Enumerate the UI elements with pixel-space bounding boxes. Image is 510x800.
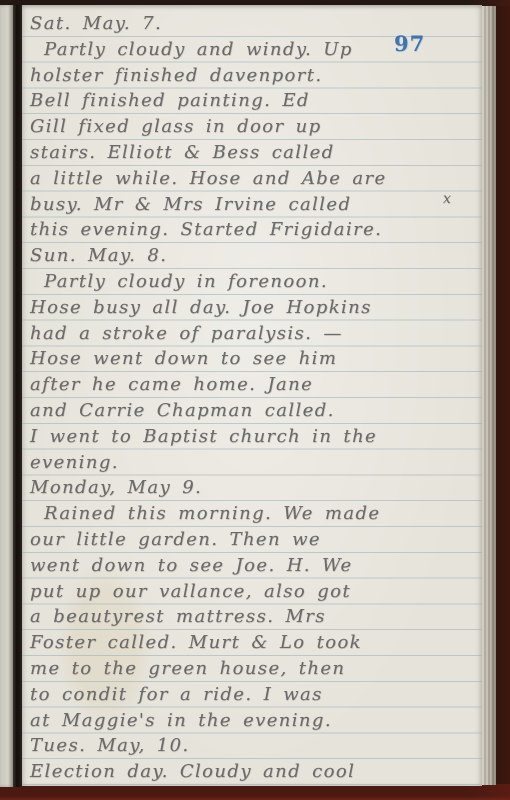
diary-line: Partly cloudy in forenoon. (30, 269, 478, 295)
diary-line: stairs. Elliott & Bess called (30, 140, 478, 166)
diary-line: Gill fixed glass in door up (30, 114, 478, 140)
diary-line: Bell finished painting. Ed (30, 88, 478, 114)
diary-line: Hose busy all day. Joe Hopkins (30, 295, 478, 321)
diary-line: had a stroke of paralysis. — (30, 321, 478, 347)
diary-line: went down to see Joe. H. We (30, 553, 478, 579)
diary-line: after he came home. Jane (30, 372, 478, 398)
diary-page: Sat. May. 7.Partly cloudy and windy. Uph… (22, 5, 482, 786)
adjacent-page-edge (0, 5, 13, 787)
diary-line: Monday, May 9. (30, 475, 478, 501)
diary-line: put up our vallance, also got (30, 579, 478, 605)
stacked-page-edges (482, 6, 496, 785)
page-number: 97 (394, 31, 425, 56)
diary-line: busy. Mr & Mrs Irvine called (30, 192, 478, 218)
superscript-x-mark: x (443, 191, 451, 207)
diary-line: holster finished davenport. (30, 63, 478, 89)
diary-line: at Maggie's in the evening. (30, 708, 478, 734)
diary-line: Election day. Cloudy and cool (30, 759, 478, 785)
diary-line: Hose went down to see him (30, 346, 478, 372)
diary-line: Tues. May, 10. (30, 733, 478, 759)
diary-line: this evening. Started Frigidaire. (30, 217, 478, 243)
diary-line: and Carrie Chapman called. (30, 398, 478, 424)
diary-line: a beautyrest mattress. Mrs (30, 604, 478, 630)
diary-line: our little garden. Then we (30, 527, 478, 553)
diary-line: to condit for a ride. I was (30, 682, 478, 708)
diary-line: I went to Baptist church in the (30, 424, 478, 450)
diary-line: a little while. Hose and Abe are (30, 166, 478, 192)
diary-line: me to the green house, then (30, 656, 478, 682)
diary-line: Sun. May. 8. (30, 243, 478, 269)
diary-line: Foster called. Murt & Lo took (30, 630, 478, 656)
diary-photo: Sat. May. 7.Partly cloudy and windy. Uph… (0, 0, 510, 800)
binding-seam (13, 5, 22, 787)
diary-line: evening. (30, 450, 478, 476)
diary-lines: Sat. May. 7.Partly cloudy and windy. Uph… (30, 11, 478, 786)
diary-line: Rained this morning. We made (30, 501, 478, 527)
